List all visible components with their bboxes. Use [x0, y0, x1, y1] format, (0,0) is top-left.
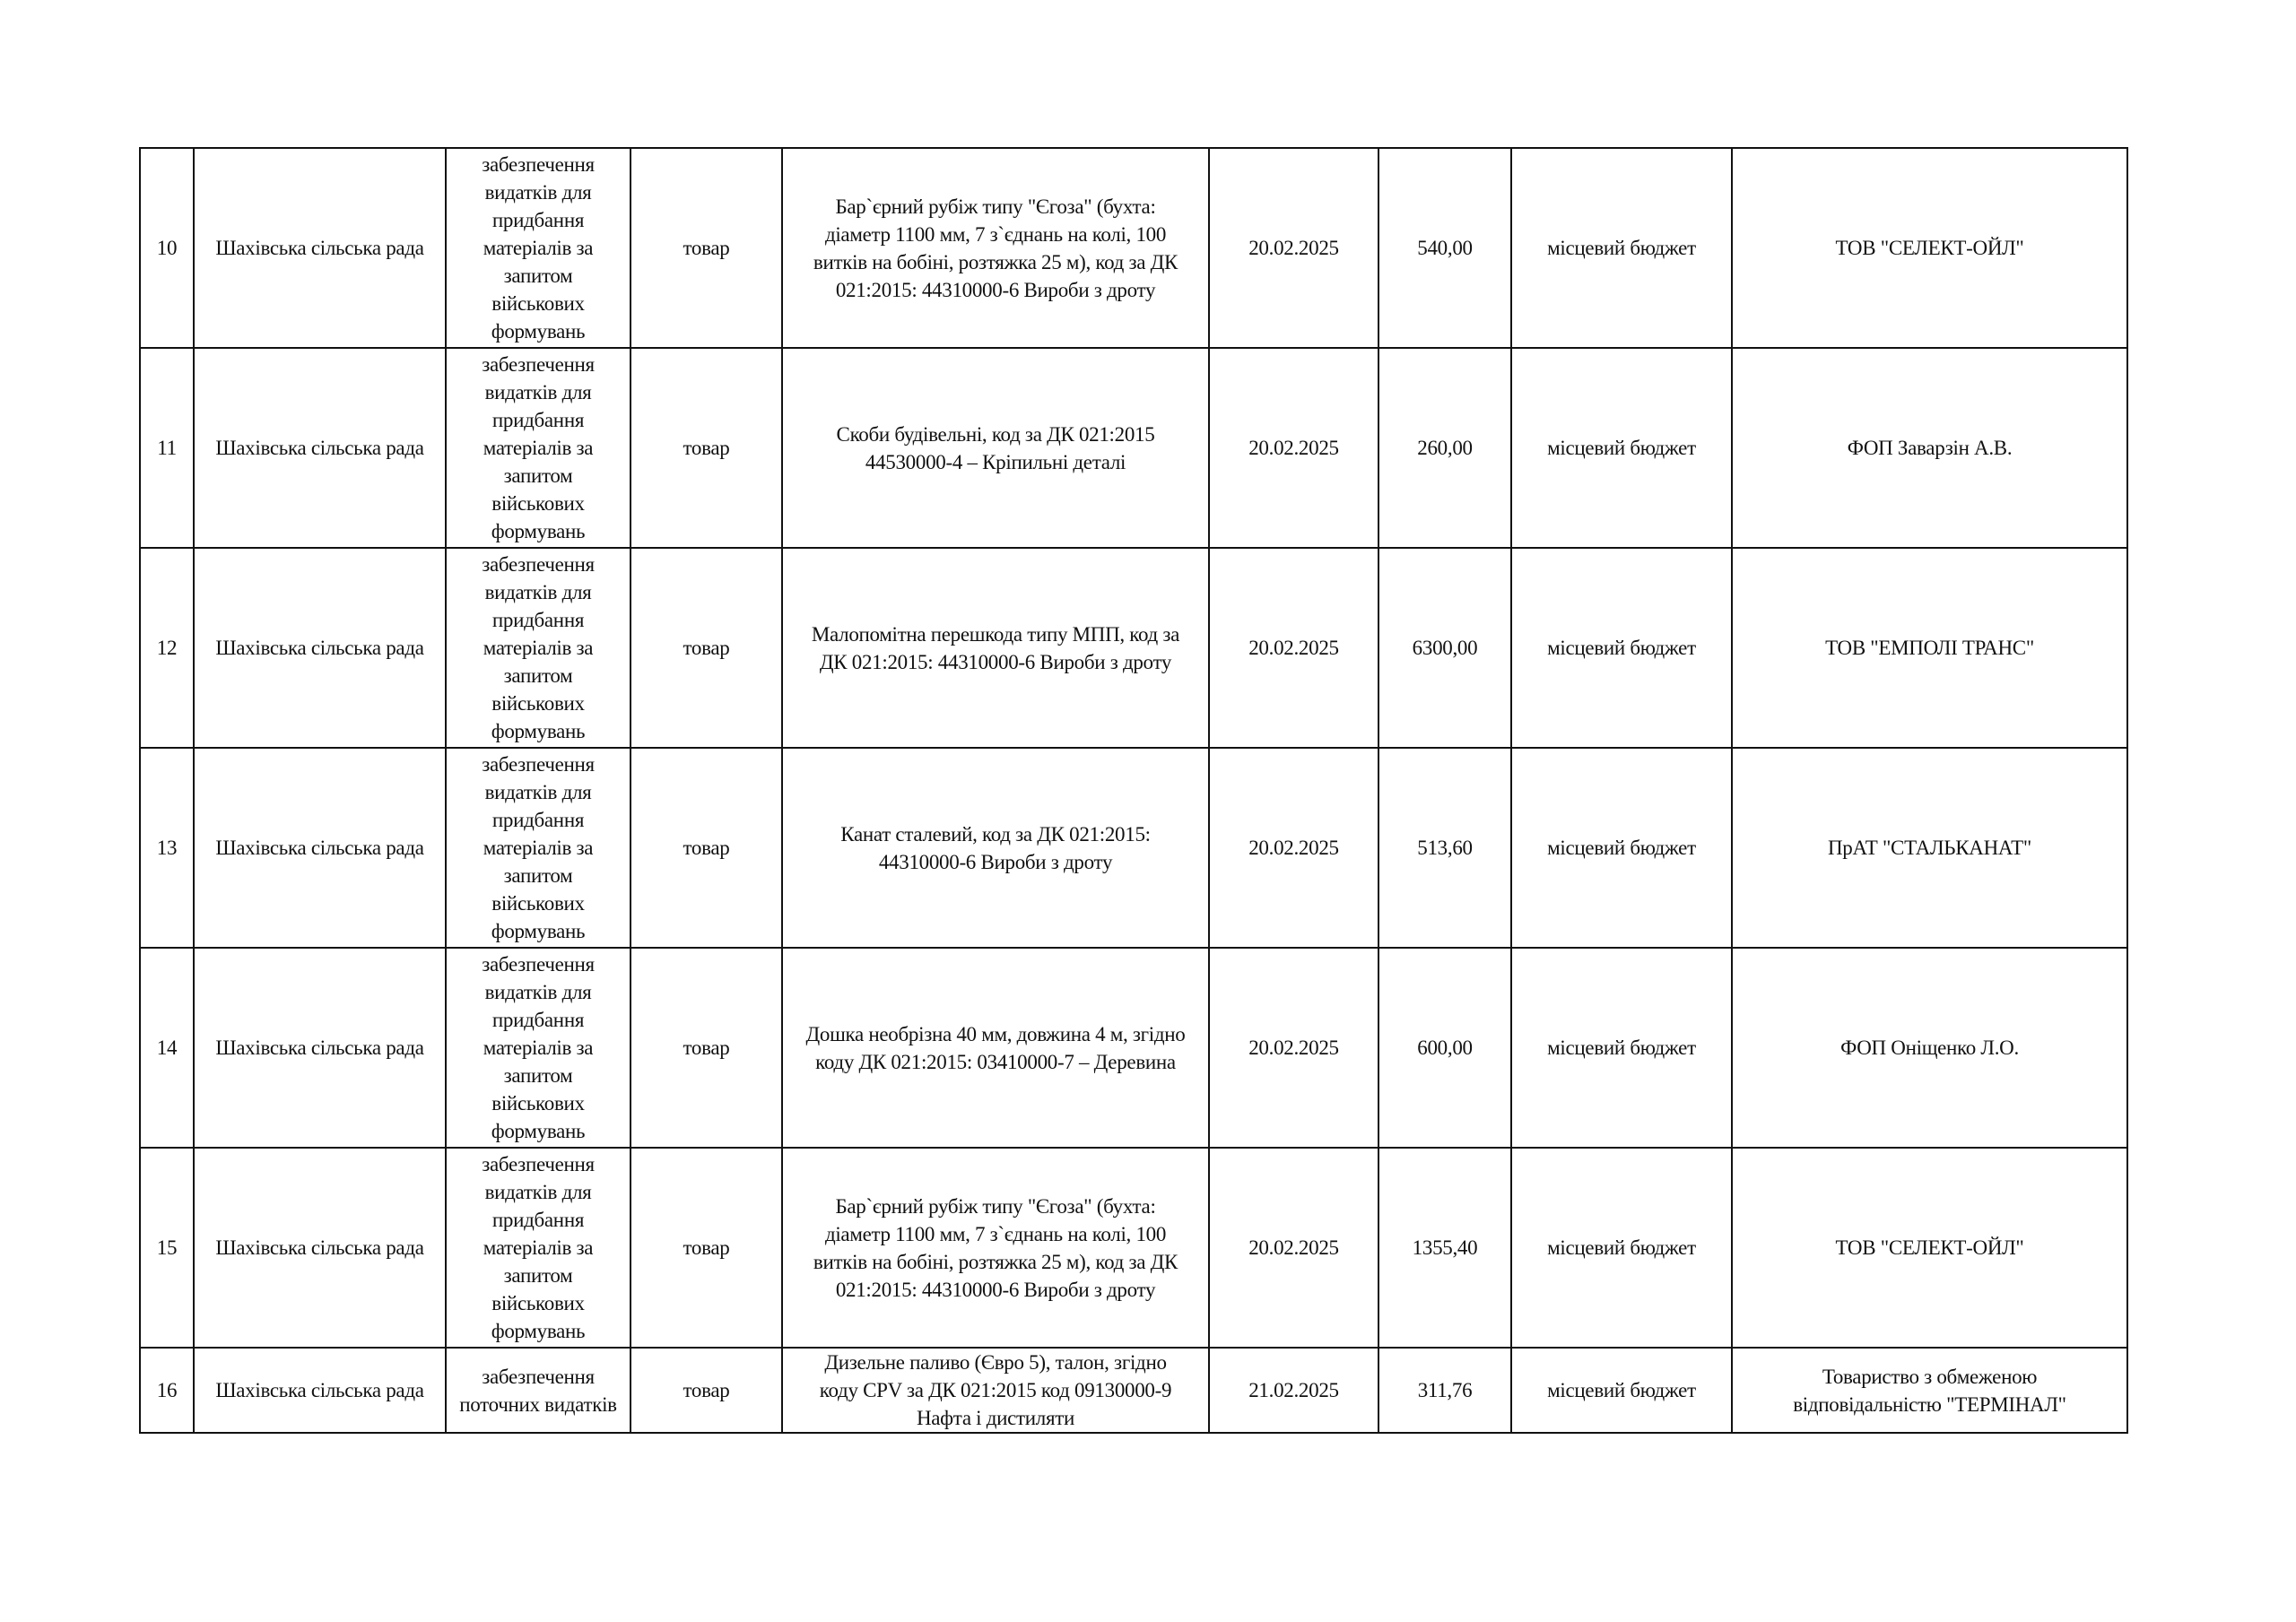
cell-customer: Шахівська сільська рада — [194, 948, 446, 1148]
cell-description: Канат сталевий, код за ДК 021:2015: 4431… — [782, 748, 1209, 948]
cell-purpose: забезпечення видатків для придбання мате… — [446, 548, 631, 748]
table-row: 10 Шахівська сільська рада забезпечення … — [140, 148, 2127, 348]
cell-type: товар — [631, 1148, 782, 1348]
cell-date: 20.02.2025 — [1209, 748, 1378, 948]
cell-funding-source: місцевий бюджет — [1511, 1148, 1732, 1348]
cell-description: Бар`єрний рубіж типу "Єгоза" (бухта: діа… — [782, 148, 1209, 348]
cell-description: Бар`єрний рубіж типу "Єгоза" (бухта: діа… — [782, 1148, 1209, 1348]
table-row: 12 Шахівська сільська рада забезпечення … — [140, 548, 2127, 748]
cell-row-number: 11 — [140, 348, 194, 548]
cell-customer: Шахівська сільська рада — [194, 1148, 446, 1348]
cell-row-number: 12 — [140, 548, 194, 748]
cell-funding-source: місцевий бюджет — [1511, 748, 1732, 948]
cell-supplier: ФОП Заварзін А.В. — [1732, 348, 2127, 548]
cell-supplier: ТОВ "ЕМПОЛІ ТРАНС" — [1732, 548, 2127, 748]
cell-funding-source: місцевий бюджет — [1511, 548, 1732, 748]
cell-row-number: 16 — [140, 1348, 194, 1433]
cell-description: Дизельне паливо (Євро 5), талон, згідно … — [782, 1348, 1209, 1433]
cell-supplier: ТОВ "СЕЛЕКТ-ОЙЛ" — [1732, 148, 2127, 348]
table-row: 14 Шахівська сільська рада забезпечення … — [140, 948, 2127, 1148]
cell-description: Малопомітна перешкода типу МПП, код за Д… — [782, 548, 1209, 748]
table-row: 16 Шахівська сільська рада забезпечення … — [140, 1348, 2127, 1433]
cell-supplier: ТОВ "СЕЛЕКТ-ОЙЛ" — [1732, 1148, 2127, 1348]
cell-amount: 513,60 — [1378, 748, 1511, 948]
cell-amount: 260,00 — [1378, 348, 1511, 548]
cell-supplier: ФОП Оніщенко Л.О. — [1732, 948, 2127, 1148]
cell-amount: 311,76 — [1378, 1348, 1511, 1433]
cell-date: 20.02.2025 — [1209, 148, 1378, 348]
table-row: 11 Шахівська сільська рада забезпечення … — [140, 348, 2127, 548]
cell-purpose: забезпечення видатків для придбання мате… — [446, 148, 631, 348]
cell-date: 20.02.2025 — [1209, 548, 1378, 748]
cell-purpose: забезпечення поточних видатків — [446, 1348, 631, 1433]
cell-funding-source: місцевий бюджет — [1511, 948, 1732, 1148]
cell-supplier: ПрАТ "СТАЛЬКАНАТ" — [1732, 748, 2127, 948]
cell-type: товар — [631, 748, 782, 948]
cell-description: Скоби будівельні, код за ДК 021:2015 445… — [782, 348, 1209, 548]
procurement-table: 10 Шахівська сільська рада забезпечення … — [139, 147, 2128, 1434]
cell-row-number: 10 — [140, 148, 194, 348]
cell-type: товар — [631, 148, 782, 348]
cell-customer: Шахівська сільська рада — [194, 148, 446, 348]
cell-amount: 6300,00 — [1378, 548, 1511, 748]
cell-funding-source: місцевий бюджет — [1511, 348, 1732, 548]
cell-date: 20.02.2025 — [1209, 348, 1378, 548]
cell-description: Дошка необрізна 40 мм, довжина 4 м, згід… — [782, 948, 1209, 1148]
cell-type: товар — [631, 948, 782, 1148]
cell-row-number: 15 — [140, 1148, 194, 1348]
cell-amount: 1355,40 — [1378, 1148, 1511, 1348]
cell-supplier: Товариство з обмеженою відповідальністю … — [1732, 1348, 2127, 1433]
document-page: 10 Шахівська сільська рада забезпечення … — [0, 0, 2296, 1622]
cell-amount: 540,00 — [1378, 148, 1511, 348]
cell-type: товар — [631, 348, 782, 548]
cell-type: товар — [631, 548, 782, 748]
cell-amount: 600,00 — [1378, 948, 1511, 1148]
cell-purpose: забезпечення видатків для придбання мате… — [446, 348, 631, 548]
cell-customer: Шахівська сільська рада — [194, 1348, 446, 1433]
cell-purpose: забезпечення видатків для придбання мате… — [446, 748, 631, 948]
cell-date: 20.02.2025 — [1209, 1148, 1378, 1348]
cell-funding-source: місцевий бюджет — [1511, 148, 1732, 348]
table-row: 13 Шахівська сільська рада забезпечення … — [140, 748, 2127, 948]
table-row: 15 Шахівська сільська рада забезпечення … — [140, 1148, 2127, 1348]
cell-date: 21.02.2025 — [1209, 1348, 1378, 1433]
cell-purpose: забезпечення видатків для придбання мате… — [446, 948, 631, 1148]
cell-row-number: 14 — [140, 948, 194, 1148]
cell-purpose: забезпечення видатків для придбання мате… — [446, 1148, 631, 1348]
cell-customer: Шахівська сільська рада — [194, 748, 446, 948]
cell-funding-source: місцевий бюджет — [1511, 1348, 1732, 1433]
cell-customer: Шахівська сільська рада — [194, 348, 446, 548]
cell-date: 20.02.2025 — [1209, 948, 1378, 1148]
cell-customer: Шахівська сільська рада — [194, 548, 446, 748]
cell-row-number: 13 — [140, 748, 194, 948]
cell-type: товар — [631, 1348, 782, 1433]
